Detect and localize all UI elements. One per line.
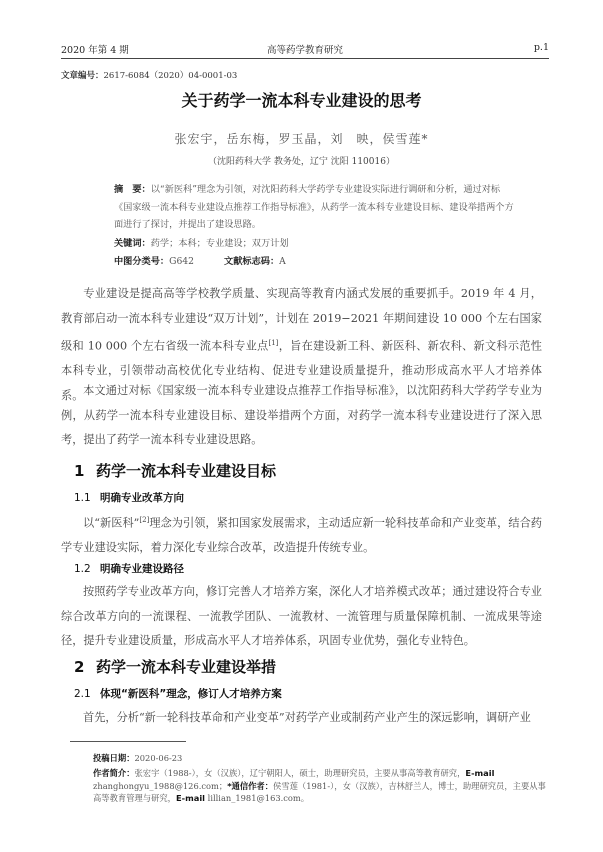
corresponding-author-email[interactable]: lillian_1981@163.com。	[208, 793, 309, 803]
author-bio: 作者简介：张宏宇（1988-），女（汉族），辽宁朝阳人，硕士，助理研究员，主要从…	[93, 767, 553, 805]
section-1-1-text-a: 以“新医科”	[83, 517, 139, 530]
author-email[interactable]: zhanghongyu_1988@126.com；	[93, 781, 227, 791]
paper-title: 关于药学一流本科专业建设的思考	[0, 88, 603, 111]
article-number-value: 2617-6084（2020）04-0001-03	[104, 71, 238, 81]
section-2-1-title: 体现“新医科”理念，修订人才培养方案	[100, 688, 282, 700]
section-1-number: 1	[74, 462, 96, 480]
section-2-number: 2	[74, 658, 96, 676]
section-2-1-paragraph: 首先，分析“新一轮科技革命和产业变革”对药学产业或制药产业产生的深远影响，调研产…	[61, 706, 542, 731]
section-1-2-title: 明确专业建设路径	[100, 563, 184, 575]
running-header: 2020 年第 4 期 高等药学教育研究 p.1	[61, 40, 549, 59]
section-1-title: 药学一流本科专业建设目标	[96, 462, 276, 480]
journal-name: 高等药学教育研究	[61, 42, 549, 56]
section-1-heading: 1药学一流本科专业建设目标	[74, 460, 276, 481]
section-2-title: 药学一流本科专业建设举措	[96, 658, 276, 676]
keywords-label: 关键词：	[114, 238, 151, 249]
affiliation: （沈阳药科大学 教务处，辽宁 沈阳 110016）	[0, 154, 603, 167]
footnote-divider	[70, 741, 186, 742]
intro-paragraph-2: 本文通过对标《国家级一流本科专业建设点推荐工作指导标准》，以沈阳药科大学药学专业…	[61, 379, 542, 453]
page-number: p.1	[534, 42, 549, 53]
received-date: 投稿日期：2020-06-23	[93, 752, 553, 765]
clc-label: 中图分类号：	[114, 256, 169, 267]
abstract-text: 以“新医科”理念为引领，对沈阳药科大学药学专业建设实际进行调研和分析，通过对标《…	[114, 184, 514, 230]
section-1-2-paragraph: 按照药学专业改革方向，修订完善人才培养方案，深化人才培养模式改革；通过建设符合专…	[61, 580, 542, 654]
section-2-1-heading: 2.1体现“新医科”理念，修订人才培养方案	[74, 686, 282, 701]
doc-code-value: A	[279, 256, 286, 267]
author-bio-label: 作者简介：	[93, 768, 135, 778]
section-1-1-title: 明确专业改革方向	[100, 492, 184, 504]
clc-value: G642	[169, 256, 194, 267]
received-date-value: 2020-06-23	[135, 753, 183, 763]
doc-code-label: 文献标志码：	[224, 256, 279, 267]
received-date-label: 投稿日期：	[93, 753, 135, 763]
email-label: E-mail	[176, 793, 205, 803]
section-1-1-number: 1.1	[74, 492, 100, 504]
intro-p2-text: 本文通过对标《国家级一流本科专业建设点推荐工作指导标准》，以沈阳药科大学药学专业…	[61, 384, 542, 446]
keywords: 关键词：药学；本科；专业建设；双万计划	[114, 235, 289, 249]
section-1-1-heading: 1.1明确专业改革方向	[74, 490, 184, 505]
author-bio-text: 张宏宇（1988-），女（汉族），辽宁朝阳人，硕士，助理研究员，主要从事高等教育…	[135, 768, 466, 778]
citation-ref[interactable]: [1]	[269, 339, 279, 347]
section-1-2-number: 1.2	[74, 563, 100, 575]
email-label: E-mail	[465, 768, 494, 778]
section-2-heading: 2药学一流本科专业建设举措	[74, 656, 276, 677]
section-1-2-text: 按照药学专业改革方向，修订完善人才培养方案，深化人才培养模式改革；通过建设符合专…	[61, 585, 542, 647]
author-list: 张宏宇，岳东梅，罗玉晶，刘 映，侯雪莲*	[0, 130, 603, 147]
section-2-1-number: 2.1	[74, 688, 100, 700]
corresponding-author-label: *通信作者：	[227, 781, 273, 791]
article-number: 文章编号：2617-6084（2020）04-0001-03	[61, 69, 237, 81]
abstract: 摘 要：以“新医科”理念为引领，对沈阳药科大学药学专业建设实际进行调研和分析，通…	[114, 181, 514, 234]
section-1-2-heading: 1.2明确专业建设路径	[74, 561, 184, 576]
abstract-label: 摘 要：	[114, 184, 151, 195]
citation-ref[interactable]: [2]	[139, 516, 149, 524]
section-1-1-paragraph: 以“新医科”[2]理念为引领，紧扣国家发展需求，主动适应新一轮科技革命和产业变革…	[61, 508, 542, 561]
classification: 中图分类号：G642文献标志码：A	[114, 253, 286, 267]
section-2-1-text: 首先，分析“新一轮科技革命和产业变革”对药学产业或制药产业产生的深远影响，调研产…	[83, 711, 531, 724]
keywords-value: 药学；本科；专业建设；双万计划	[151, 238, 289, 249]
article-number-label: 文章编号：	[61, 71, 104, 81]
